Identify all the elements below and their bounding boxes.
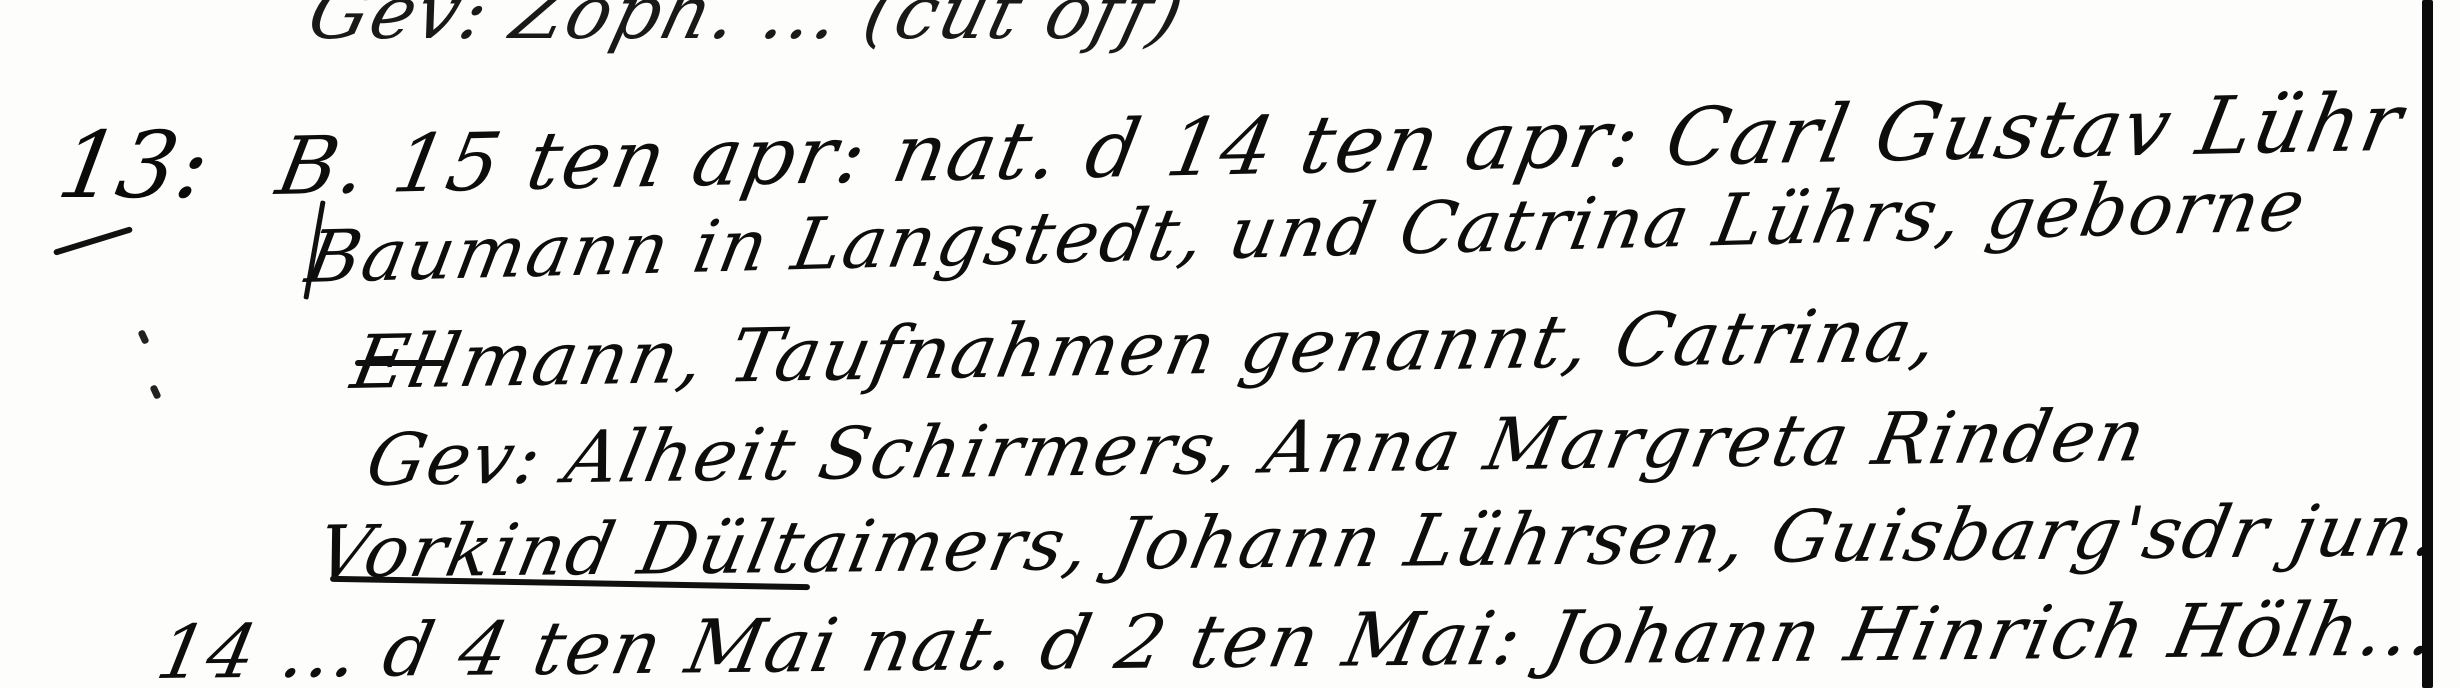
entry-line-4: Gev: Alheit Schirmers, Anna Margreta Rin…	[360, 393, 2154, 502]
entry-line-6-partial: 14 ... d 4 ten Mai nat. d 2 ten Mai: Joh…	[150, 586, 2446, 688]
entry-number: 13:	[51, 112, 218, 219]
scanned-register-page: Gev: Zoph. ... (cut off) 13: B. 15 ten a…	[0, 0, 2460, 688]
margin-mark	[149, 384, 161, 400]
margin-mark	[137, 329, 149, 345]
right-margin-rule	[2422, 0, 2433, 688]
strikethrough-mark	[355, 360, 445, 366]
cut-off-top-line: Gev: Zoph. ... (cut off)	[300, 0, 1194, 56]
entry-line-5: Vorkind Dültaimers, Johann Lührsen, Guis…	[310, 488, 2448, 594]
entry-line-3: Ellmann, Taufnahmen genannt, Catrina,	[345, 292, 1947, 406]
margin-dash	[53, 226, 133, 256]
